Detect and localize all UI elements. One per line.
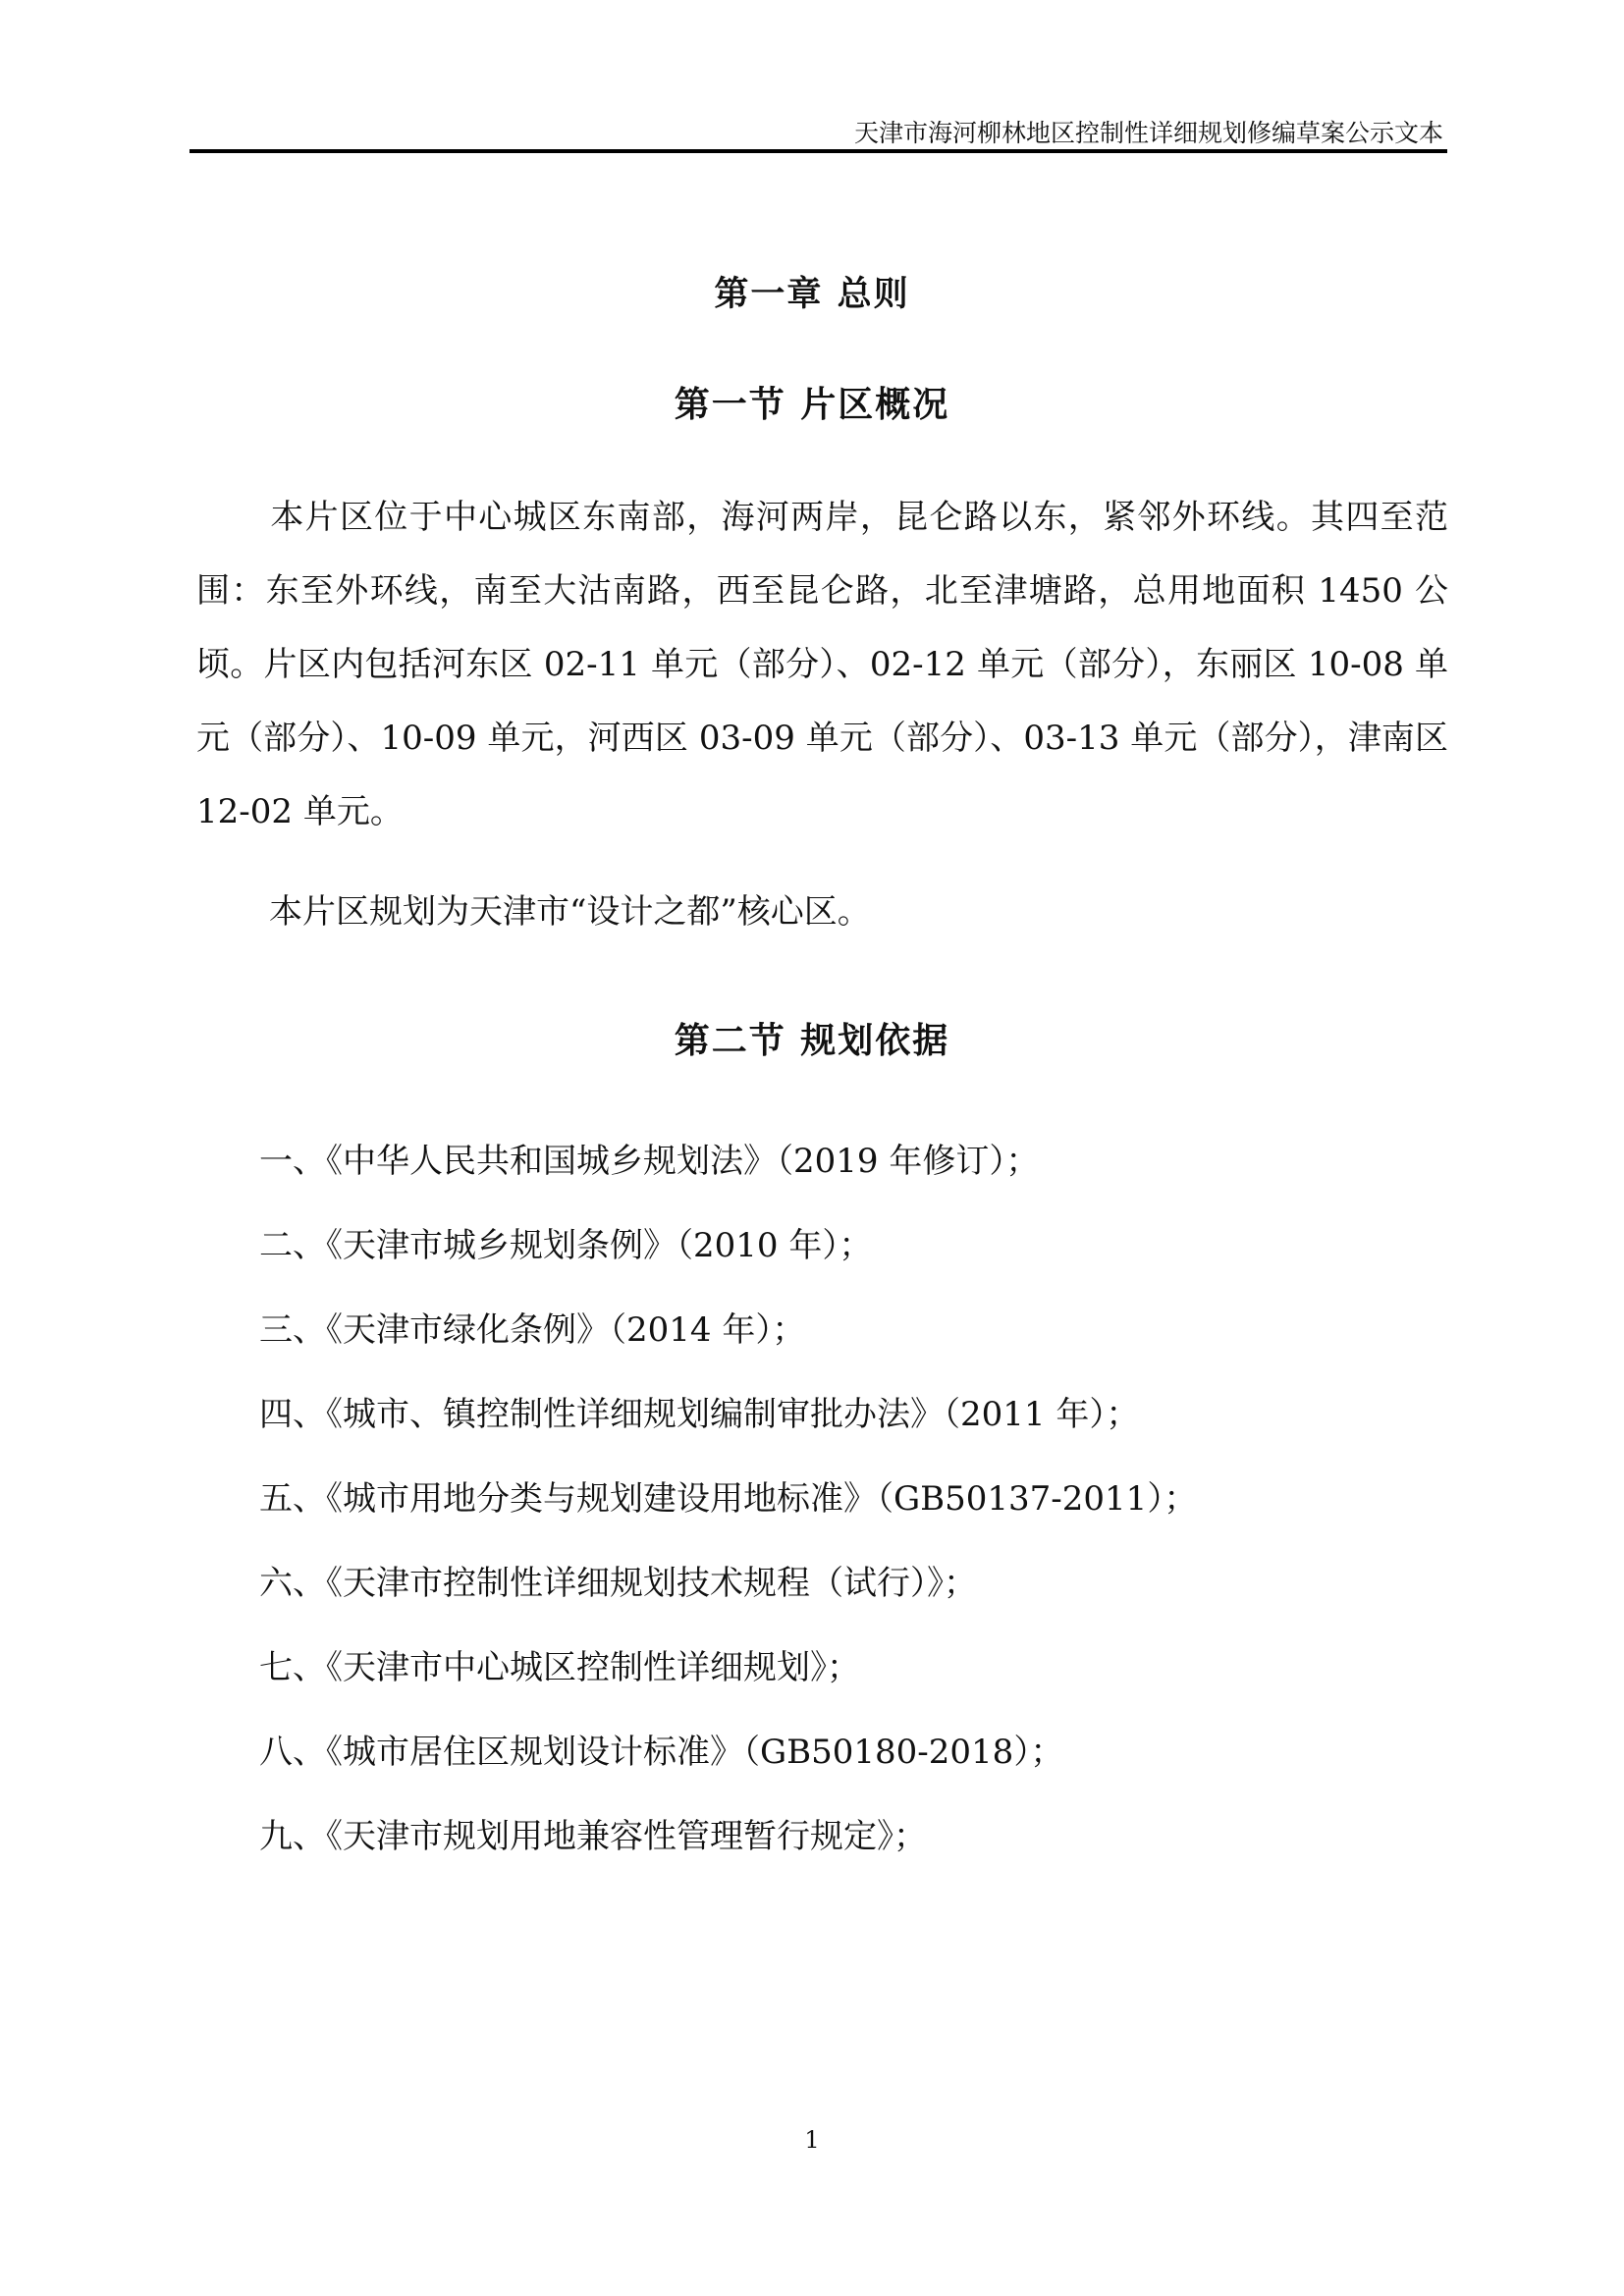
chapter-title: 第一章 总则 <box>0 267 1624 316</box>
section-title-overview: 第一节 片区概况 <box>0 377 1624 427</box>
overview-paragraph: 本片区位于中心城区东南部，海河两岸，昆仑路以东，紧邻外环线。其四至范围：东至外环… <box>196 481 1448 849</box>
list-item: 四、《城市、镇控制性详细规划编制审批办法》（2011 年）； <box>259 1387 1197 1471</box>
page-number: 1 <box>0 2126 1624 2154</box>
running-header-title: 天津市海河柳林地区控制性详细规划修编草案公示文本 <box>854 114 1443 149</box>
header-rule <box>189 149 1447 153</box>
overview-paragraph-text: 本片区位于中心城区东南部，海河两岸，昆仑路以东，紧邻外环线。其四至范围：东至外环… <box>196 498 1448 831</box>
list-item: 八、《城市居住区规划设计标准》（GB50180-2018）； <box>259 1725 1197 1809</box>
list-item: 三、《天津市绿化条例》（2014 年）； <box>259 1303 1197 1387</box>
list-item: 一、《中华人民共和国城乡规划法》（2019 年修订）； <box>259 1134 1197 1218</box>
list-item: 九、《天津市规划用地兼容性管理暂行规定》； <box>259 1809 1197 1894</box>
list-item: 五、《城市用地分类与规划建设用地标准》（GB50137-2011）； <box>259 1471 1197 1556</box>
list-item: 七、《天津市中心城区控制性详细规划》； <box>259 1640 1197 1725</box>
positioning-paragraph-text: 本片区规划为天津市“设计之都”核心区。 <box>269 892 871 932</box>
section-title-basis: 第二节 规划依据 <box>0 1013 1624 1063</box>
positioning-paragraph: 本片区规划为天津市“设计之都”核心区。 <box>196 876 1448 949</box>
planning-basis-list: 一、《中华人民共和国城乡规划法》（2019 年修订）； 二、《天津市城乡规划条例… <box>259 1134 1197 1894</box>
list-item: 二、《天津市城乡规划条例》（2010 年）； <box>259 1218 1197 1303</box>
list-item: 六、《天津市控制性详细规划技术规程（试行）》； <box>259 1556 1197 1640</box>
